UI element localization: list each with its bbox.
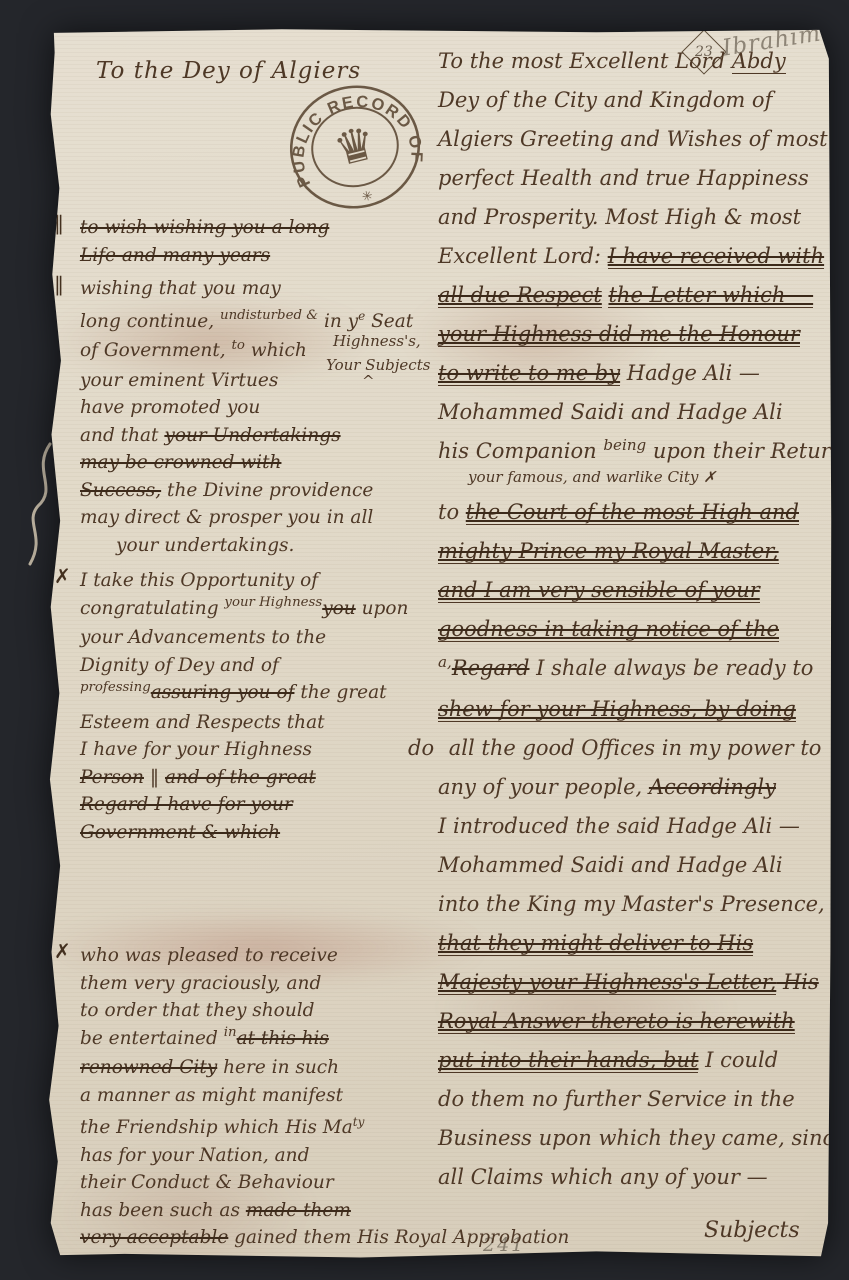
margin-mark: ✗: [54, 563, 71, 591]
text-segment: your Highness: [224, 595, 322, 610]
text-segment: Algiers Greeting and Wishes of most: [438, 127, 828, 151]
text-segment: the great: [294, 682, 386, 703]
text-segment: assuring you of: [151, 682, 295, 703]
text-segment: your eminent Virtues: [80, 370, 278, 391]
manuscript-line: Mohammed Saidi and Hadge Ali: [438, 393, 849, 432]
manuscript-line: perfect Health and true Happiness: [438, 159, 849, 198]
text-segment: upon: [356, 598, 409, 619]
text-segment: a,: [438, 653, 452, 671]
manuscript-line: Majesty your Highness's Letter, His: [438, 963, 849, 1002]
paper: To the Dey of Algiers PUBLIC RECORD OFFI…: [46, 28, 832, 1260]
text-segment: Person: [80, 767, 144, 788]
manuscript-line: that they might deliver to His: [438, 924, 849, 963]
manuscript-line: to write to me by Hadge Ali —: [438, 354, 849, 393]
manuscript-line: Dey of the City and Kingdom of: [438, 81, 849, 120]
manuscript-line: Excellent Lord: I have received with: [438, 237, 849, 276]
text-segment: all due Respect: [438, 283, 602, 308]
text-segment: very acceptable: [80, 1227, 228, 1248]
manuscript-line: shew for your Highness, by doing: [438, 690, 849, 729]
manuscript-line: mighty Prince my Royal Master,: [438, 532, 849, 571]
text-segment: at this his: [237, 1028, 329, 1049]
text-segment: to order that they should: [80, 1000, 315, 1021]
manuscript-line: all Claims which any of your —: [438, 1158, 849, 1197]
text-segment: Abdy: [732, 49, 786, 74]
text-segment: to: [438, 500, 466, 524]
text-segment: the Divine providence: [161, 480, 373, 501]
margin-mark: ✗: [54, 938, 71, 966]
text-segment: may be crowned with: [80, 452, 281, 473]
manuscript-line: into the King my Master's Presence, ✗: [438, 885, 849, 924]
text-segment: your Undertakings: [164, 425, 340, 446]
text-segment: have promoted you: [80, 397, 260, 418]
text-segment: and I am very sensible of your: [438, 578, 760, 603]
text-segment: has for your Nation, and: [80, 1145, 309, 1166]
manuscript-line: do them no further Service in the: [438, 1080, 849, 1119]
text-segment: I have received with: [608, 244, 824, 269]
text-segment: do: [408, 736, 441, 760]
text-segment: I take this Opportunity of: [80, 570, 318, 591]
text-segment: Success,: [80, 480, 161, 501]
text-segment: his Companion: [438, 439, 603, 463]
text-segment: ‖: [144, 767, 165, 788]
text-segment: ✗: [825, 892, 849, 916]
manuscript-line: his Companion being upon their Return: [438, 432, 849, 473]
text-segment: ty: [353, 1115, 365, 1129]
text-segment: your Advancements to the: [80, 627, 326, 648]
text-segment: and that: [80, 425, 164, 446]
text-segment: Business upon which they came, since: [438, 1126, 847, 1150]
manuscript-line: any of your people, Accordingly: [438, 768, 849, 807]
manuscript-line: all due Respect the Letter which —: [438, 276, 849, 315]
text-segment: and the Esteem & Good Will of His Ma: [80, 1260, 443, 1280]
text-segment: to write to me by: [438, 361, 620, 386]
text-segment: I have for your Highness: [80, 739, 312, 760]
text-segment: any of your people,: [438, 775, 649, 799]
margin-mark: ‖: [54, 210, 64, 238]
margin-note: ^: [362, 372, 375, 390]
text-segment: the Letter which —: [608, 283, 813, 308]
catchword: Subjects: [704, 1218, 800, 1243]
text-segment: Regard I have for your: [80, 794, 293, 815]
manuscript-line: very acceptable gained them His Royal Ap…: [80, 1224, 569, 1252]
text-segment: their Conduct & Behaviour: [80, 1172, 334, 1193]
text-segment: renowned City: [80, 1057, 217, 1078]
right-fair-column: To the most Excellent Lord AbdyDey of th…: [438, 42, 849, 1197]
text-segment: Majesty your Highness's Letter,: [438, 970, 776, 995]
text-segment: Seat: [365, 311, 413, 332]
manuscript-line: Algiers Greeting and Wishes of most: [438, 120, 849, 159]
text-segment: who was pleased to receive: [80, 945, 338, 966]
text-segment: wishing you a long: [154, 217, 330, 238]
text-segment: wishing that you may: [80, 278, 281, 299]
asterisk-icon: ✳: [360, 188, 374, 205]
margin-note: Your Subjects: [326, 356, 430, 374]
text-segment: Accordingly: [649, 775, 776, 799]
manuscript-line: goodness in taking notice of the: [438, 610, 849, 649]
text-segment: has been such as: [80, 1200, 246, 1221]
manuscript-line: Royal Answer thereto is herewith: [438, 1002, 849, 1041]
text-segment: here in such: [217, 1057, 339, 1078]
text-segment: which: [245, 340, 307, 361]
text-segment: all Claims which any of your —: [438, 1165, 768, 1189]
text-segment: you: [322, 598, 356, 619]
text-segment: Mohammed Saidi and Hadge Ali: [438, 853, 783, 877]
text-segment: into the King my Master's Presence,: [438, 892, 825, 916]
text-segment: His: [776, 970, 818, 994]
text-segment: put into their hands, but: [438, 1048, 698, 1073]
text-segment: long continue,: [80, 311, 220, 332]
text-segment: that they might deliver to His: [438, 931, 753, 956]
margin-mark: ‖: [54, 271, 64, 299]
text-segment: undisturbed &: [220, 308, 318, 323]
text-segment: all the good Offices in my power to: [449, 736, 822, 760]
text-segment: I shale always be ready to: [530, 656, 814, 680]
text-segment: be entertained: [80, 1028, 224, 1049]
text-segment: the Friendship which His Ma: [80, 1117, 353, 1138]
text-segment: the Court of the most High and: [466, 500, 799, 525]
manuscript-line: and Prosperity. Most High & most: [438, 198, 849, 237]
manuscript-line: To the most Excellent Lord Abdy: [438, 42, 849, 81]
text-segment: Dey of the City and Kingdom of: [438, 88, 772, 112]
text-segment: being: [603, 436, 646, 454]
text-segment: your undertakings.: [116, 535, 294, 556]
crown-icon: ♛: [328, 115, 381, 177]
text-segment: To the most Excellent Lord: [438, 49, 732, 73]
manuscript-line: has been such as made them: [80, 1197, 569, 1225]
text-segment: Government & which: [80, 822, 280, 843]
text-segment: your Highness did me the Honour: [438, 322, 800, 347]
margin-note: Highness's,: [333, 332, 421, 350]
manuscript-line: your Highness did me the Honour: [438, 315, 849, 354]
text-segment: mighty Prince my Royal Master,: [438, 539, 779, 564]
text-segment: Dignity of Dey and of: [80, 655, 279, 676]
manuscript-line: to the Court of the most High and: [438, 493, 849, 532]
text-segment: goodness in taking notice of the: [438, 617, 779, 642]
text-segment: shew for your Highness, by doing: [438, 697, 796, 722]
manuscript-line: a,Regard I shale always be ready to: [438, 649, 849, 690]
text-segment: may direct & prosper you in all: [80, 507, 373, 528]
text-segment: and of the great: [165, 767, 316, 788]
text-segment: in: [224, 1025, 237, 1040]
text-segment: gained them His Royal Approbation: [228, 1227, 569, 1248]
text-segment: Life and many years: [80, 245, 270, 266]
text-segment: Regard: [452, 656, 530, 680]
manuscript-line: and the Esteem & Good Will of His Maty's…: [80, 1252, 569, 1280]
text-segment: upon their Return: [646, 439, 844, 463]
text-segment: them very graciously, and: [80, 973, 321, 994]
manuscript-line: Business upon which they came, since: [438, 1119, 849, 1158]
text-segment: Esteem and Respects that: [80, 712, 325, 733]
text-segment: Mohammed Saidi and Hadge Ali: [438, 400, 783, 424]
manuscript-line: do all the good Offices in my power to: [438, 729, 849, 768]
text-segment: Hadge Ali —: [620, 361, 760, 385]
text-segment: to wish: [80, 217, 154, 238]
text-segment: I could: [698, 1048, 778, 1072]
manuscript-page: To the Dey of Algiers PUBLIC RECORD OFFI…: [0, 0, 849, 1280]
text-segment: perfect Health and true Happiness: [438, 166, 809, 190]
text-segment: your famous, and warlike City ✗: [468, 468, 716, 486]
text-segment: Excellent Lord:: [438, 244, 608, 268]
text-segment: Royal Answer thereto is herewith: [438, 1009, 795, 1034]
text-segment: Servants.: [464, 1260, 559, 1280]
text-segment: a manner as might manifest: [80, 1085, 343, 1106]
text-segment: ty's: [443, 1258, 464, 1272]
manuscript-line: Mohammed Saidi and Hadge Ali: [438, 846, 849, 885]
text-segment: do them no further Service in the: [438, 1087, 795, 1111]
text-segment: I introduced the said Hadge Ali —: [438, 814, 800, 838]
manuscript-line: and I am very sensible of your: [438, 571, 849, 610]
text-segment: in y: [318, 311, 358, 332]
text-segment: and Prosperity. Most High & most: [438, 205, 801, 229]
manuscript-line: I introduced the said Hadge Ali —: [438, 807, 849, 846]
manuscript-line: put into their hands, but I could: [438, 1041, 849, 1080]
manuscript-line: your famous, and warlike City ✗: [438, 473, 849, 493]
text-segment: of Government,: [80, 340, 232, 361]
text-segment: congratulating: [80, 598, 224, 619]
text-segment: to: [232, 338, 245, 353]
public-record-office-stamp: PUBLIC RECORD OFFICE ♛ ✳: [268, 59, 441, 235]
text-segment: professing: [80, 680, 151, 695]
text-segment: made them: [246, 1200, 351, 1221]
